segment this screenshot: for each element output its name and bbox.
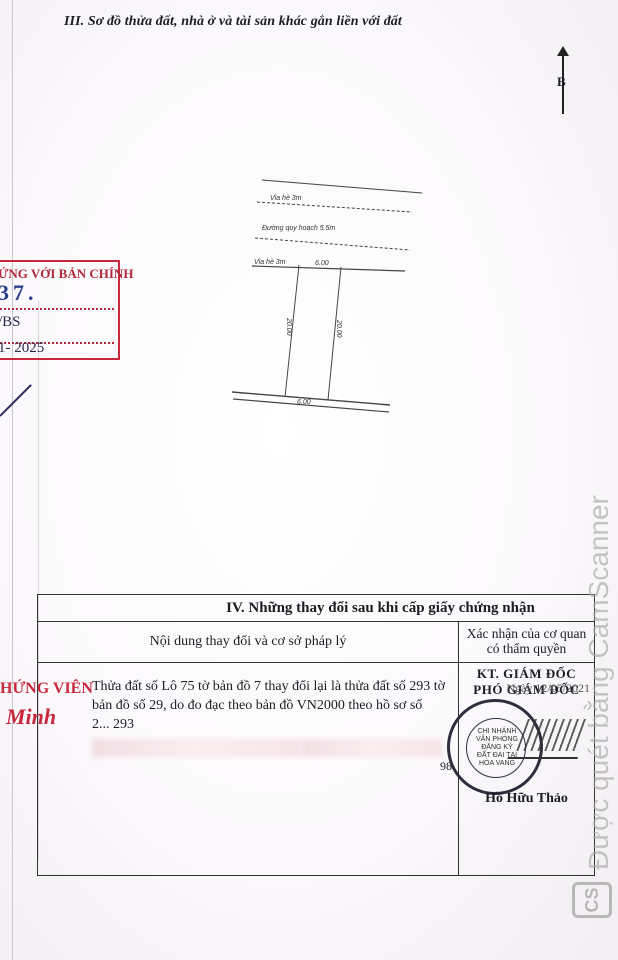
dim-top-edge: 6.00 [315,260,329,267]
col-confirm-line2: có thẩm quyền [460,641,593,656]
bottom-road-line-1 [232,392,390,405]
road-line [255,238,410,250]
redacted-block [302,739,442,757]
signer-name: Hồ Hữu Thảo [459,791,594,807]
change-content-cell: Thửa đất số Lô 75 tờ bản đồ 7 thay đổi l… [38,663,459,876]
dim-right-edge: 20.00 [335,319,342,338]
copy-stamp-number: 37. [0,280,38,306]
col-header-content: Nội dung thay đổi và cơ sở pháp lý [38,622,459,663]
redacted-block [92,739,302,757]
confirmation-cell: KT. GIÁM ĐỐC PHÓ GIÁM ĐỐC Ngày 12/05/202… [459,663,595,876]
col-header-confirm: Xác nhận của cơ quan có thẩm quyền [459,622,595,663]
road-boundary-line [262,180,422,193]
signature [507,717,592,759]
certified-copy-stamp: ỨNG VỚI BẢN CHÍNH 37. /BS 1- 2025 [0,260,120,360]
camscanner-watermark: Được quét bằng CamScanner [583,430,613,870]
dim-bottom-edge: 6.00 [297,399,311,406]
change-content-line3: 2... 293 [92,715,452,734]
sidewalk-line [257,202,412,212]
sidewalk-top-label: Vỉa hè 3m [270,194,302,202]
bottom-road-line-2 [233,399,389,412]
camscanner-logo-icon: CS [572,882,612,918]
changes-table: IV. Những thay đổi sau khi cấp giấy chứn… [37,594,595,876]
road-label: Đường quy hoạch 5.5m [262,225,335,232]
red-stamp-line2: Minh [6,704,56,730]
confirm-date: Ngày 12/05/2021 [506,681,590,696]
change-content-line3-text: 2... 293 [92,717,134,732]
section-iv-title: IV. Những thay đổi sau khi cấp giấy chứn… [38,595,595,622]
red-name-stamp: HỨNG VIÊN Minh [0,680,93,698]
dim-left-edge: 20.00 [285,317,292,336]
col-confirm-line1: Xác nhận của cơ quan [460,626,593,641]
change-content-line2: bản đồ số 29, do đo đạc theo bản đồ VN20… [92,696,452,715]
dotted-divider [0,308,114,310]
signer-title-kt: KT. GIÁM ĐỐC [460,666,593,682]
red-stamp-line1: HỨNG VIÊN [0,680,93,698]
copy-stamp-book: /BS [0,314,21,331]
change-content-line1: Thửa đất số Lô 75 tờ bản đồ 7 thay đổi l… [92,677,452,696]
redacted-area: 98 [92,738,452,757]
copy-stamp-date: 1- 2025 [0,340,44,357]
sidewalk-bottom-label: Vỉa hè 3m [254,258,286,266]
